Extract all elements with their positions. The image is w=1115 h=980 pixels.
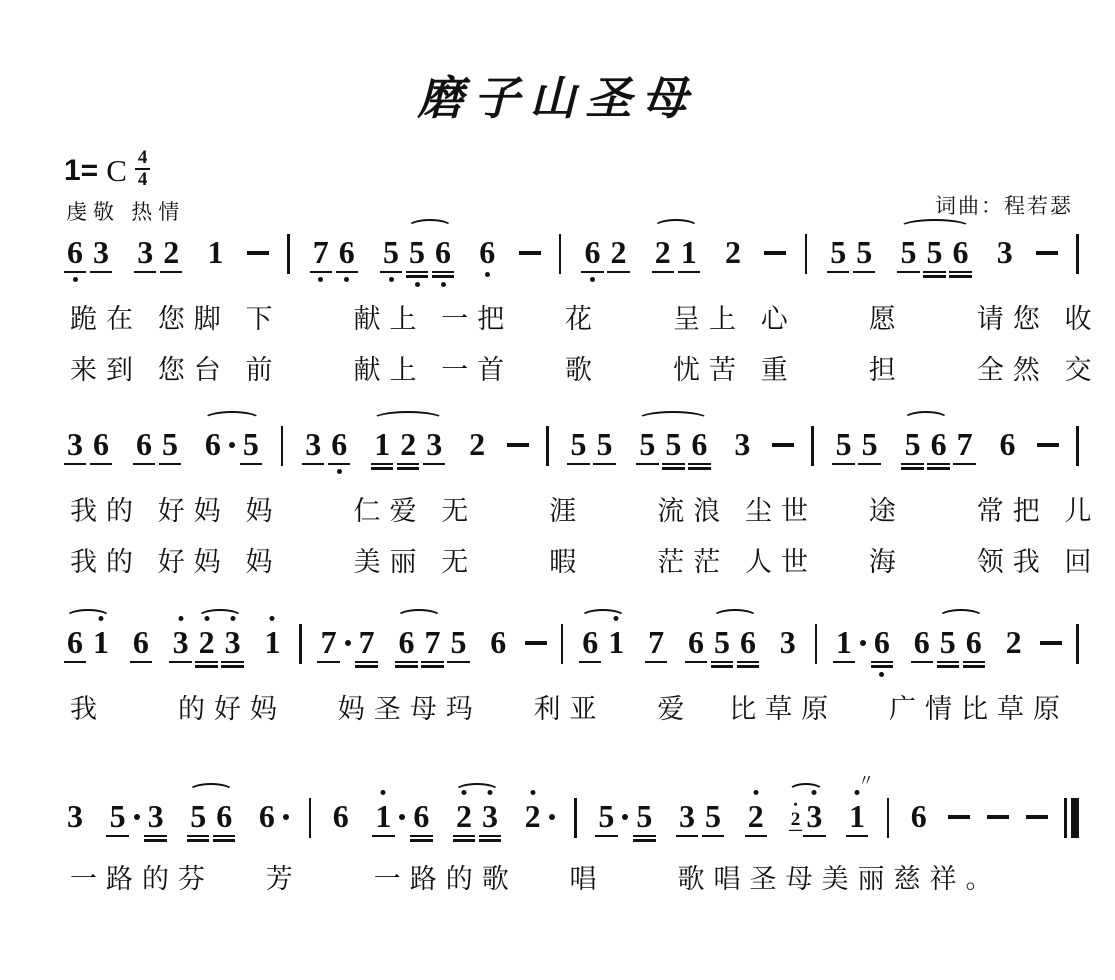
note: 3 xyxy=(223,626,243,668)
note-digit: 6 xyxy=(205,428,221,460)
beat-group: 35 xyxy=(674,800,726,837)
beam-line xyxy=(355,665,377,668)
augmentation-dot xyxy=(399,814,405,820)
note: 6 xyxy=(686,626,706,663)
note-digit: 3 xyxy=(806,800,822,832)
beam-line xyxy=(134,271,156,274)
beam-line xyxy=(953,463,975,466)
duration-dash xyxy=(1026,815,1048,819)
note-digit: 6 xyxy=(931,428,947,460)
duration-dash xyxy=(987,815,1009,819)
note-digit: 5 xyxy=(598,800,614,832)
note-digit: 5 xyxy=(856,236,872,268)
beam-line xyxy=(853,271,875,274)
note-digit: 1 xyxy=(836,626,852,658)
tempo-mood-marking: 虔敬 热情 xyxy=(66,196,185,226)
beam-line xyxy=(963,665,985,668)
octave-dot-above xyxy=(461,790,466,795)
beam-line xyxy=(963,661,985,664)
beat-group: 6 xyxy=(906,800,932,832)
beam-line xyxy=(595,835,617,838)
note-digit: 5 xyxy=(940,626,956,658)
note: 3 xyxy=(65,800,85,832)
beam-line xyxy=(406,275,428,278)
note-digit: 6 xyxy=(490,626,506,658)
beam-line xyxy=(803,835,825,838)
note-digit: 6 xyxy=(136,428,152,460)
note-digit: 5 xyxy=(905,428,921,460)
note-digit: 2 xyxy=(525,800,541,832)
note-digit: 7 xyxy=(359,626,375,658)
duration-dash xyxy=(519,251,541,255)
beat-group: 3 xyxy=(62,800,88,832)
note: 5 xyxy=(568,428,588,465)
note: 1 xyxy=(373,800,393,837)
beam-line xyxy=(90,271,112,274)
final-barline-thin xyxy=(1064,798,1067,838)
beam-line xyxy=(662,463,684,466)
beat-group: 3 xyxy=(992,236,1018,268)
barline xyxy=(559,234,562,274)
beam-line xyxy=(447,661,469,664)
beam-line xyxy=(479,839,501,842)
note: 6 xyxy=(257,800,277,832)
note-digit: 5 xyxy=(162,428,178,460)
note: 7 xyxy=(319,626,339,663)
note: 5 xyxy=(834,428,854,465)
octave-dot-below xyxy=(318,277,323,282)
note-digit: 2 xyxy=(469,428,485,460)
note-digit: 2 xyxy=(400,428,416,460)
note-digit: 6 xyxy=(339,236,355,268)
slur-group: 56 xyxy=(935,626,987,668)
beat-group: 2 xyxy=(1001,626,1027,658)
beam-line xyxy=(949,271,971,274)
sheet-music-page: 磨子山圣母 1= C 4 4 虔敬 热情 词曲：程若瑟 633217655666… xyxy=(0,0,1115,980)
note: 3 xyxy=(91,236,111,273)
octave-dot-below xyxy=(879,672,884,677)
octave-dot-above xyxy=(854,790,859,795)
beat-group: 2 xyxy=(520,800,558,832)
note-digit: 3 xyxy=(67,428,83,460)
mordent-ornament: 〃 xyxy=(858,774,874,790)
beam-line xyxy=(64,271,86,274)
barline xyxy=(299,624,302,664)
beam-line xyxy=(737,661,759,664)
beam-line xyxy=(633,835,655,838)
duration-dash xyxy=(247,251,269,255)
beat-group: 53 xyxy=(105,800,169,842)
beam-line xyxy=(380,271,402,274)
note-digit: 6 xyxy=(585,236,601,268)
beam-line xyxy=(652,271,674,274)
note-digit: 3 xyxy=(137,236,153,268)
augmentation-dot xyxy=(345,640,351,646)
note-digit: 1 xyxy=(375,800,391,832)
note: 7 xyxy=(646,626,666,663)
beam-line xyxy=(106,835,128,838)
key-tonic: 1= xyxy=(64,156,98,186)
octave-dot-below xyxy=(73,277,78,282)
note: 6 xyxy=(872,626,892,677)
note-digit: 3 xyxy=(734,428,750,460)
note-digit: 5 xyxy=(901,236,917,268)
octave-dot-below xyxy=(389,277,394,282)
note: 5 xyxy=(637,428,657,465)
beat-group: 323 xyxy=(168,626,246,668)
beam-line xyxy=(302,463,324,466)
beam-line xyxy=(160,271,182,274)
note-digit: 6 xyxy=(413,800,429,832)
lyrics-line-4: 一路的芬 芳 一路的歌 唱 歌唱圣母美丽慈祥。 xyxy=(70,857,1002,896)
note: 6 xyxy=(929,428,949,470)
beam-line xyxy=(645,661,667,664)
octave-dot-above xyxy=(230,616,235,621)
slur-group: 556 xyxy=(896,236,974,278)
note-digit: 2 xyxy=(611,236,627,268)
note: 5 xyxy=(381,236,401,282)
barline xyxy=(811,426,814,466)
beam-line xyxy=(213,839,235,842)
beam-line xyxy=(937,661,959,664)
lyrics-line-2-verse-2: 我的 好妈 妈 美丽 无 暇 茫茫 人世 海 领我 回 天 家 xyxy=(70,540,1115,579)
beat-group: 36 xyxy=(300,428,352,474)
note: 6 xyxy=(951,236,971,278)
note-digit: 6 xyxy=(953,236,969,268)
beam-line xyxy=(633,839,655,842)
beam-line xyxy=(662,467,684,470)
beam-line xyxy=(371,463,393,466)
note: 5 xyxy=(703,800,723,837)
note-digit: 3 xyxy=(997,236,1013,268)
note: 6 xyxy=(912,626,932,663)
note: 6 xyxy=(488,626,508,658)
barline xyxy=(1076,426,1079,466)
beat-group: 6 xyxy=(474,236,500,277)
note-digit: 6 xyxy=(333,800,349,832)
note-digit: 5 xyxy=(409,236,425,268)
octave-dot-above xyxy=(794,803,797,806)
note: 2 xyxy=(454,800,474,842)
duration-dash xyxy=(1040,641,1062,645)
note: 3 xyxy=(146,800,166,842)
duration-dash xyxy=(764,251,786,255)
beat-group: 55 xyxy=(565,428,617,465)
beam-line xyxy=(90,463,112,466)
slur-group: 21 xyxy=(650,236,702,273)
music-line-2: 366565361232555563555676 xyxy=(62,428,1079,474)
key-signature: 1= C 4 4 xyxy=(64,156,150,190)
note-digit: 5 xyxy=(570,428,586,460)
note-digit: 2 xyxy=(199,626,215,658)
note: 6 xyxy=(91,428,111,465)
music-line-4: 3535666162325535223〃16 xyxy=(62,800,1079,842)
note: 1 xyxy=(834,626,854,663)
beam-line xyxy=(871,661,893,664)
slur-group: 61 xyxy=(577,626,629,663)
note: 5 xyxy=(712,626,732,668)
note-digit: 1 xyxy=(208,236,224,268)
note-digit: 6 xyxy=(966,626,982,658)
beat-group: 2 xyxy=(464,428,490,460)
beat-group: 6 xyxy=(128,626,154,663)
augmentation-dot xyxy=(622,814,628,820)
slur-group: 56 xyxy=(185,800,237,842)
note-digit: 6 xyxy=(67,236,83,268)
note: 〃1 xyxy=(847,800,867,837)
song-title: 磨子山圣母 xyxy=(0,62,1115,128)
beam-line xyxy=(423,463,445,466)
octave-dot-above xyxy=(614,616,619,621)
note-digit: 7 xyxy=(321,626,337,658)
beam-line xyxy=(827,271,849,274)
beat-group: 6 xyxy=(328,800,354,832)
beam-line xyxy=(702,835,724,838)
beam-line xyxy=(927,463,949,466)
note: 1 xyxy=(679,236,699,273)
note-digit: 6 xyxy=(259,800,275,832)
note: 6 xyxy=(203,428,223,460)
note-digit: 1 xyxy=(93,626,109,658)
beat-group: 〃1 xyxy=(844,800,870,837)
octave-dot-above xyxy=(99,616,104,621)
slur-group: 556 xyxy=(634,428,712,470)
note-digit: 3 xyxy=(148,800,164,832)
beam-line xyxy=(130,661,152,664)
duration-dash xyxy=(507,443,529,447)
note-digit: 6 xyxy=(688,626,704,658)
note-digit: 3 xyxy=(305,428,321,460)
note-digit: 7 xyxy=(313,236,329,268)
beat-group: 55 xyxy=(593,800,657,842)
note: 6 xyxy=(329,428,349,474)
beat-group: 32 xyxy=(132,236,184,273)
note: 5 xyxy=(899,236,919,273)
beat-group: 2 xyxy=(743,800,769,837)
octave-dot-above xyxy=(270,616,275,621)
barline xyxy=(287,234,290,274)
composer-credit: 词曲：程若瑟 xyxy=(935,190,1073,220)
note: 2 xyxy=(161,236,181,273)
note: 5 xyxy=(407,236,427,287)
beat-group: 36 xyxy=(62,428,114,465)
beam-line xyxy=(213,835,235,838)
note: 1 xyxy=(262,626,282,658)
beat-group: 55 xyxy=(831,428,883,465)
note: 2 xyxy=(723,236,743,268)
note-digit: 6 xyxy=(911,800,927,832)
beam-line xyxy=(64,463,86,466)
beam-line xyxy=(911,661,933,664)
note: 1 xyxy=(372,428,392,470)
slur-group: 65 xyxy=(200,428,264,465)
note: 6 xyxy=(738,626,758,668)
note-digit: 1 xyxy=(681,236,697,268)
beam-line xyxy=(871,665,893,668)
slur-group: 56 xyxy=(900,428,952,470)
duration-dash xyxy=(948,815,970,819)
note-digit: 6 xyxy=(1000,428,1016,460)
note-digit: 5 xyxy=(927,236,943,268)
beam-line xyxy=(187,839,209,842)
beam-line xyxy=(607,271,629,274)
note-digit: 6 xyxy=(216,800,232,832)
note: 2 xyxy=(653,236,673,273)
note: 7 xyxy=(311,236,331,282)
note: 3 xyxy=(778,626,798,658)
barline xyxy=(1076,624,1079,664)
note: 5 xyxy=(188,800,208,842)
beat-group: 6 xyxy=(995,428,1021,460)
note-digit: 3 xyxy=(225,626,241,658)
beam-line xyxy=(395,661,417,664)
beam-line xyxy=(406,271,428,274)
octave-dot-below xyxy=(441,282,446,287)
note: 6 xyxy=(580,626,600,663)
beat-group: 567 xyxy=(900,428,978,470)
beam-line xyxy=(923,275,945,278)
beat-group: 16 xyxy=(831,626,895,677)
note: 2 xyxy=(467,428,487,460)
note: 3 xyxy=(424,428,444,465)
note-digit: 3 xyxy=(426,428,442,460)
lyrics-line-3: 我 的好妈 妈圣母玛 利亚 爱 比草原 广情比草原 美 xyxy=(70,687,1115,726)
octave-dot-above xyxy=(381,790,386,795)
note: 7 xyxy=(955,428,975,465)
beam-line xyxy=(453,839,475,842)
beat-group: 656 xyxy=(683,626,761,668)
barline xyxy=(805,234,808,274)
note-digit: 5 xyxy=(714,626,730,658)
octave-dot-below xyxy=(344,277,349,282)
note-digit: 5 xyxy=(110,800,126,832)
note-digit: 3 xyxy=(482,800,498,832)
note: 5 xyxy=(938,626,958,668)
octave-dot-above xyxy=(753,790,758,795)
beam-line xyxy=(636,463,658,466)
note-digit: 5 xyxy=(836,428,852,460)
octave-dot-above xyxy=(530,790,535,795)
note: 5 xyxy=(903,428,923,470)
note: 1 xyxy=(206,236,226,268)
octave-dot-above xyxy=(812,790,817,795)
octave-dot-below xyxy=(415,282,420,287)
note: 6 xyxy=(411,800,431,842)
note-digit: 6 xyxy=(914,626,930,658)
note: 1 xyxy=(606,626,626,658)
beam-line xyxy=(310,271,332,274)
beam-line xyxy=(371,467,393,470)
note-digit: 2 xyxy=(791,809,801,828)
note-digit: 5 xyxy=(243,428,259,460)
note-digit: 6 xyxy=(331,428,347,460)
note-digit: 5 xyxy=(636,800,652,832)
meter-lower: 4 xyxy=(135,170,151,190)
note: 3 xyxy=(732,428,752,460)
barline xyxy=(815,624,818,664)
beam-line xyxy=(949,275,971,278)
barline xyxy=(546,426,549,466)
beam-line xyxy=(195,661,217,664)
beam-line xyxy=(397,467,419,470)
note: 6 xyxy=(65,236,85,282)
note-digit: 5 xyxy=(665,428,681,460)
note: 5 xyxy=(925,236,945,278)
note-digit: 5 xyxy=(383,236,399,268)
slur-group: 56 xyxy=(709,626,761,668)
note: 7 xyxy=(422,626,442,668)
barline xyxy=(574,798,577,838)
note: 3 xyxy=(480,800,500,842)
octave-dot-below xyxy=(337,469,342,474)
note: 6 xyxy=(131,626,151,663)
beat-group: 3 xyxy=(775,626,801,658)
beam-line xyxy=(567,463,589,466)
beam-line xyxy=(372,835,394,838)
note-digit: 5 xyxy=(639,428,655,460)
note: 3 xyxy=(65,428,85,465)
note: 5 xyxy=(828,236,848,273)
note: 5 xyxy=(108,800,128,837)
lyrics-line-1-verse-2: 来到 您台 前 献上 一首 歌 忧苦 重 担 全然 交 托 xyxy=(70,348,1115,387)
note-digit: 1 xyxy=(264,626,280,658)
note: 2 xyxy=(746,800,766,837)
note-digit: 1 xyxy=(374,428,390,460)
duration-dash xyxy=(525,641,547,645)
duration-dash xyxy=(1037,443,1059,447)
note-digit: 5 xyxy=(450,626,466,658)
slur-group: 123 xyxy=(369,428,447,470)
note: 6 xyxy=(396,626,416,668)
note: 3 xyxy=(135,236,155,273)
note: 6 xyxy=(433,236,453,287)
beam-line xyxy=(397,463,419,466)
note: 2 xyxy=(609,236,629,273)
beat-group: 7 xyxy=(643,626,669,663)
note: 2 xyxy=(1004,626,1024,658)
beam-line xyxy=(421,661,443,664)
beat-group: 1 xyxy=(259,626,285,658)
beam-line xyxy=(688,467,710,470)
beam-line xyxy=(901,467,923,470)
note: 5 xyxy=(241,428,261,465)
note-digit: 6 xyxy=(874,626,890,658)
beat-group: 65 xyxy=(131,428,183,465)
time-signature: 4 4 xyxy=(135,148,151,190)
beam-line xyxy=(858,463,880,466)
note-digit: 3 xyxy=(679,800,695,832)
beat-group: 62 xyxy=(580,236,632,282)
note-digit: 5 xyxy=(862,428,878,460)
note-digit: 6 xyxy=(398,626,414,658)
note: 5 xyxy=(663,428,683,470)
beam-line xyxy=(410,835,432,838)
note: 6 xyxy=(65,626,85,663)
beam-line xyxy=(711,665,733,668)
note-digit: 5 xyxy=(705,800,721,832)
note: 6 xyxy=(689,428,709,470)
augmentation-dot xyxy=(229,442,235,448)
barline xyxy=(309,798,312,838)
note: 6 xyxy=(964,626,984,668)
barline xyxy=(1076,234,1079,274)
note: 6 xyxy=(134,428,154,465)
beam-line xyxy=(336,271,358,274)
note-digit: 3 xyxy=(67,800,83,832)
beam-line xyxy=(479,835,501,838)
note-digit: 2 xyxy=(163,236,179,268)
beat-group: 2 xyxy=(720,236,746,268)
